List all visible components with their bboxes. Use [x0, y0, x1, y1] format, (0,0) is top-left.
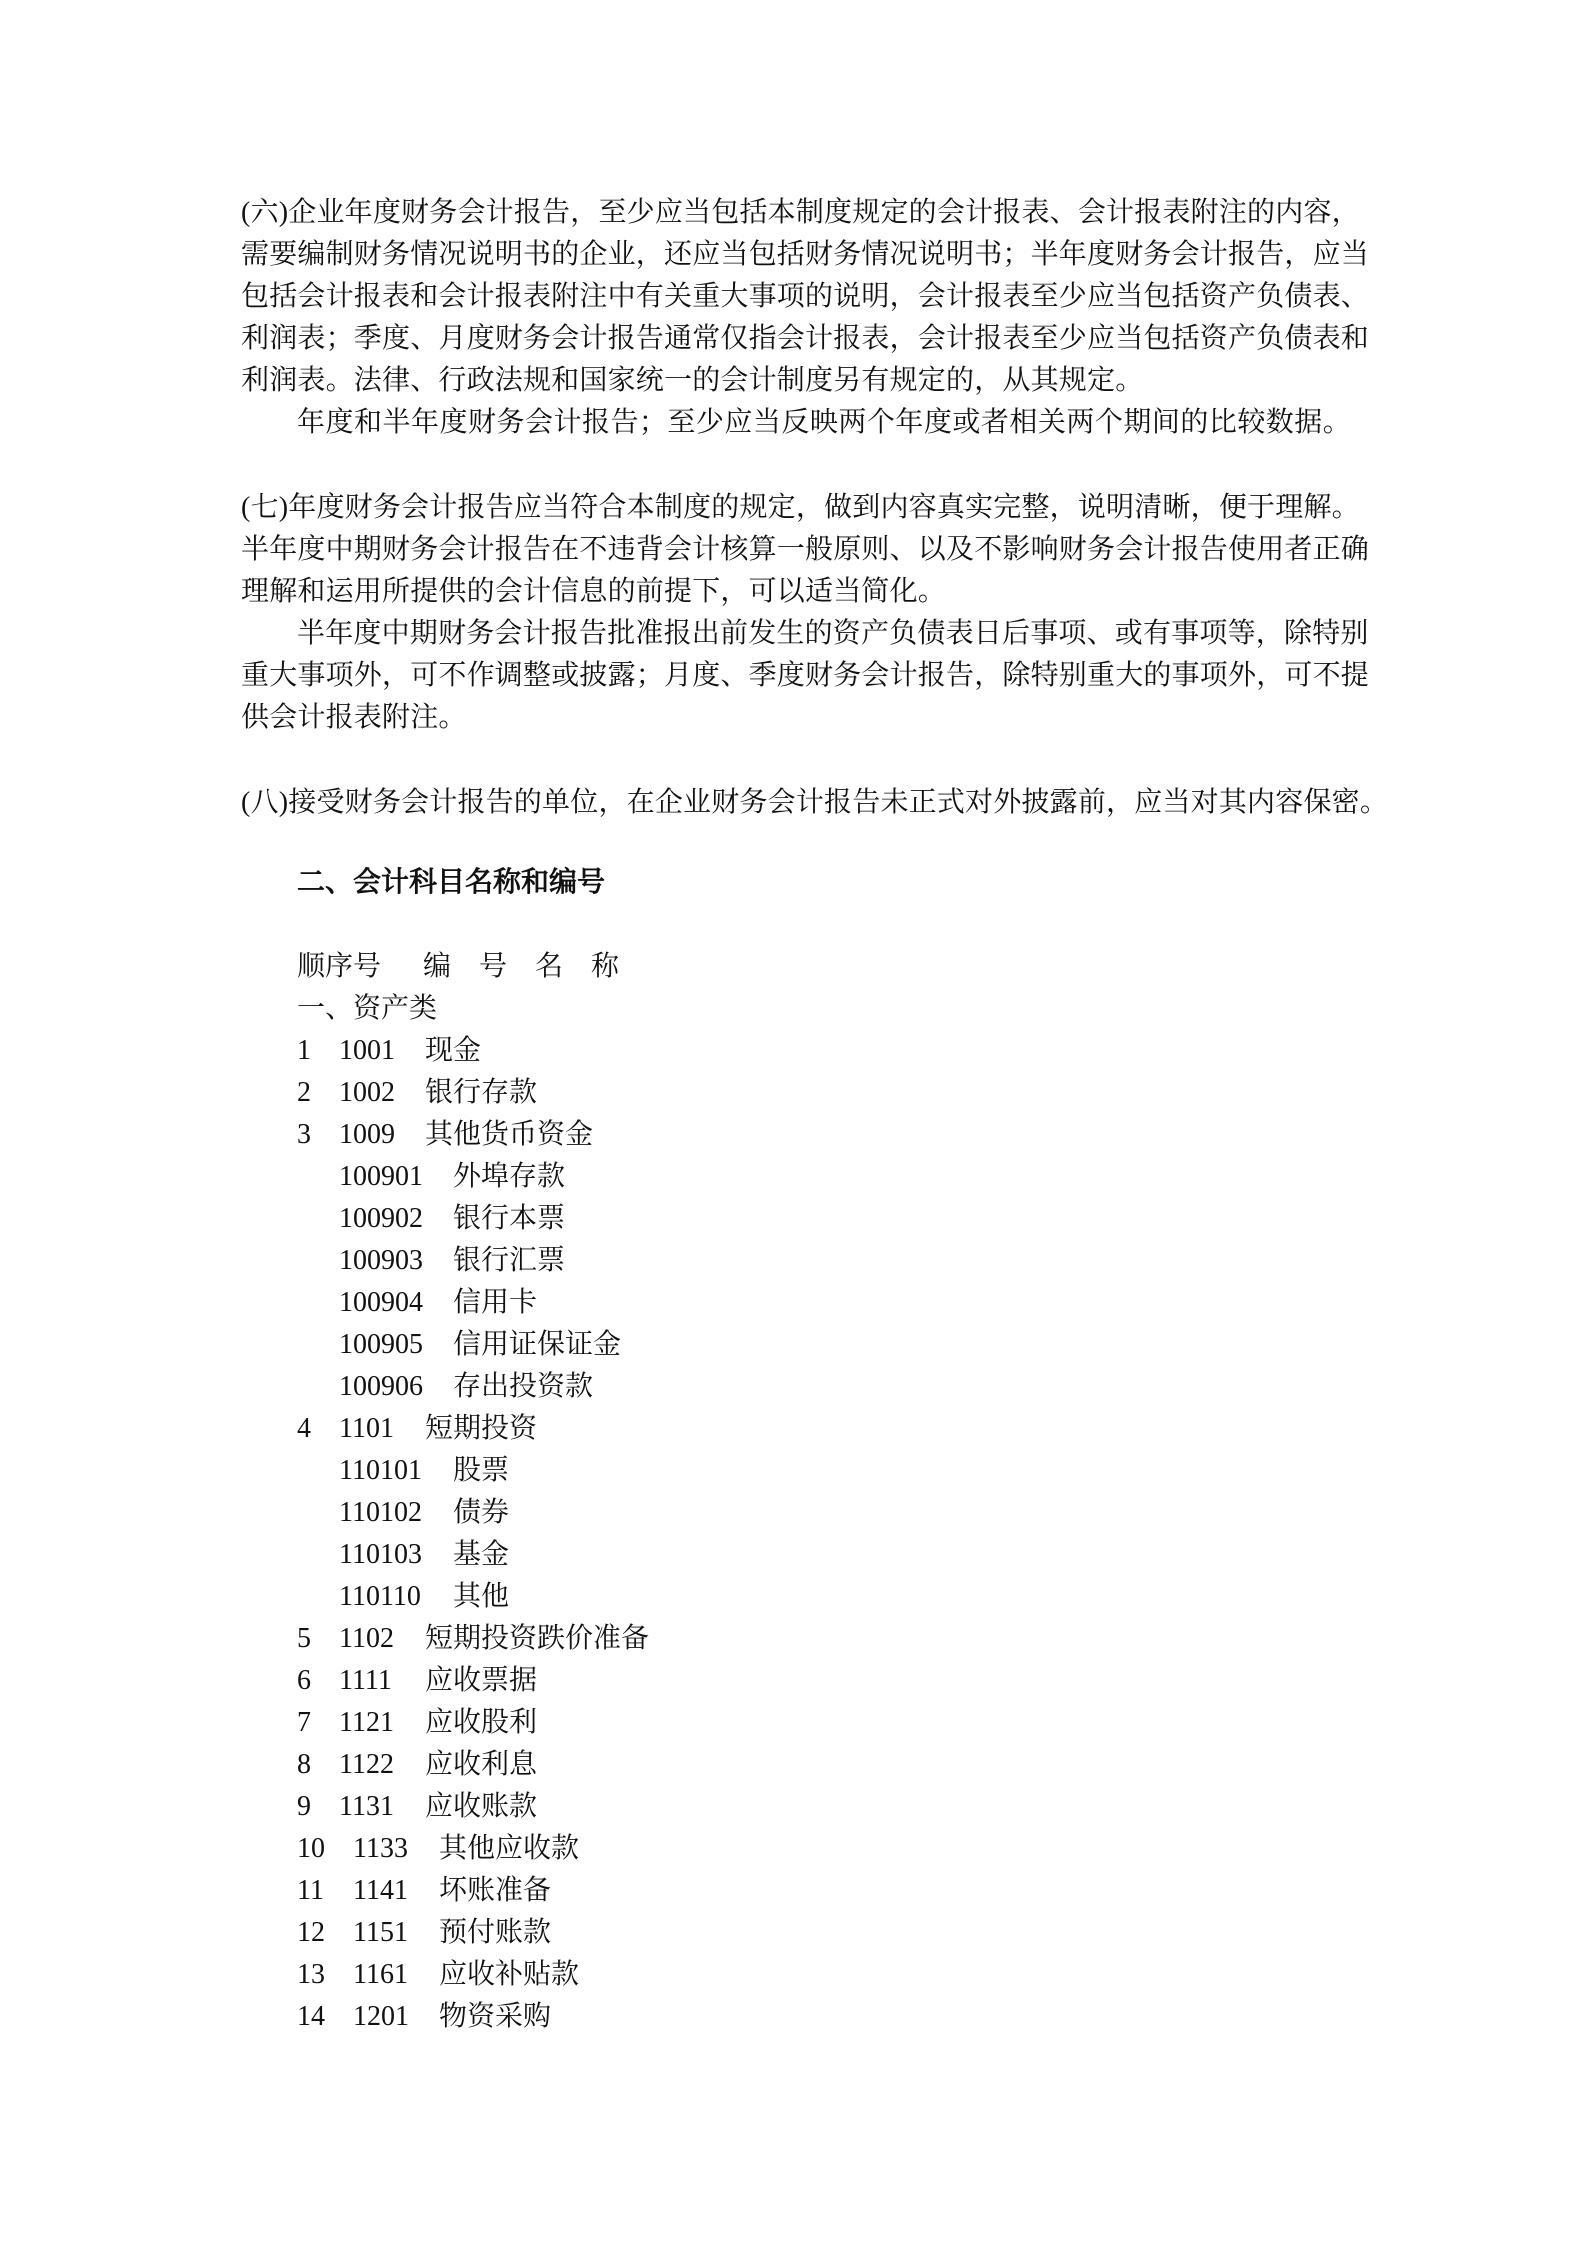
header-name-2: 称: [591, 946, 619, 988]
row-name: 信用证保证金: [453, 1324, 621, 1366]
row-name: 存出投资款: [453, 1366, 593, 1408]
row-name: 银行汇票: [453, 1240, 565, 1282]
section7-line-2: 半年度中期财务会计报告在不违背会计核算一般原则、以及不影响财务会计报告使用者正确: [241, 529, 1351, 571]
row-name: 信用卡: [453, 1282, 537, 1324]
row-name: 应收利息: [425, 1744, 537, 1786]
row-name: 债券: [453, 1492, 509, 1534]
row-code: 1111: [339, 1660, 425, 1702]
row-name: 预付账款: [439, 1912, 551, 1954]
section7-line-3: 理解和运用所提供的会计信息的前提下，可以适当简化。: [241, 571, 1351, 613]
table-subrow: 100905信用证保证金: [297, 1324, 621, 1366]
row-name: 短期投资跌价准备: [425, 1618, 649, 1660]
row-code: 110110: [339, 1576, 453, 1618]
table-row: 41101短期投资: [297, 1408, 537, 1450]
row-code: 1151: [353, 1912, 439, 1954]
section6-line-2: 需要编制财务情况说明书的企业，还应当包括财务情况说明书；半年度财务会计报告，应当: [241, 234, 1351, 276]
row-name: 应收账款: [425, 1786, 537, 1828]
header-seq: 顺序号: [297, 946, 423, 988]
row-seq: 2: [297, 1072, 339, 1114]
row-name: 应收补贴款: [439, 1954, 579, 1996]
section6-indented-paragraph: 年度和半年度财务会计报告；至少应当反映两个年度或者相关两个期间的比较数据。: [297, 402, 1351, 444]
row-seq: 8: [297, 1744, 339, 1786]
row-code: 1102: [339, 1618, 425, 1660]
table-row: 11001现金: [297, 1030, 481, 1072]
row-code: 1201: [353, 1996, 439, 2038]
table-subrow: 110110其他: [297, 1576, 509, 1618]
row-code: 1121: [339, 1702, 425, 1744]
row-code: 100906: [339, 1366, 453, 1408]
row-code: 1001: [339, 1030, 425, 1072]
row-code: 100905: [339, 1324, 453, 1366]
row-code: 1131: [339, 1786, 425, 1828]
table-row: 111141坏账准备: [297, 1870, 551, 1912]
row-name: 银行存款: [425, 1072, 537, 1114]
row-code: 1002: [339, 1072, 425, 1114]
row-seq: 3: [297, 1114, 339, 1156]
row-name: 外埠存款: [453, 1156, 565, 1198]
table-subrow: 100906存出投资款: [297, 1366, 593, 1408]
row-code: 110103: [339, 1534, 453, 1576]
table-row: 121151预付账款: [297, 1912, 551, 1954]
row-seq: 14: [297, 1996, 353, 2038]
document-page: (六)企业年度财务会计报告，至少应当包括本制度规定的会计报表、会计报表附注的内容…: [0, 0, 1587, 2245]
table-row: 31009其他货币资金: [297, 1114, 593, 1156]
row-code: 110101: [339, 1450, 453, 1492]
table-row: 71121应收股利: [297, 1702, 537, 1744]
row-code: 1133: [353, 1828, 439, 1870]
table-subrow: 100903银行汇票: [297, 1240, 565, 1282]
table-subrow: 110103基金: [297, 1534, 509, 1576]
table-subrow: 110101股票: [297, 1450, 509, 1492]
row-seq: 5: [297, 1618, 339, 1660]
section7-line-1: (七)年度财务会计报告应当符合本制度的规定，做到内容真实完整，说明清晰，便于理解…: [241, 487, 1351, 529]
row-name: 股票: [453, 1450, 509, 1492]
row-name: 其他货币资金: [425, 1114, 593, 1156]
row-seq: 11: [297, 1870, 353, 1912]
row-name: 短期投资: [425, 1408, 537, 1450]
table-header: 顺序号编号名称: [297, 946, 619, 988]
row-seq: 9: [297, 1786, 339, 1828]
row-seq: 7: [297, 1702, 339, 1744]
row-seq: 1: [297, 1030, 339, 1072]
row-code: 1141: [353, 1870, 439, 1912]
row-name: 其他: [453, 1576, 509, 1618]
section-heading: 二、会计科目名称和编号: [297, 862, 605, 904]
row-name: 应收股利: [425, 1702, 537, 1744]
row-code: 100902: [339, 1198, 453, 1240]
row-seq: 13: [297, 1954, 353, 1996]
table-row: 51102短期投资跌价准备: [297, 1618, 649, 1660]
category-label: 一、资产类: [297, 988, 437, 1030]
section6-line-4: 利润表；季度、月度财务会计报告通常仅指会计报表，会计报表至少应当包括资产负债表和: [241, 318, 1351, 360]
row-name: 基金: [453, 1534, 509, 1576]
table-row: 131161应收补贴款: [297, 1954, 579, 1996]
table-row: 101133其他应收款: [297, 1828, 579, 1870]
section7-indented-line-2: 重大事项外，可不作调整或披露；月度、季度财务会计报告，除特别重大的事项外，可不提: [241, 655, 1351, 697]
row-code: 100901: [339, 1156, 453, 1198]
section6-line-3: 包括会计报表和会计报表附注中有关重大事项的说明，会计报表至少应当包括资产负债表、: [241, 276, 1351, 318]
section8-text: (八)接受财务会计报告的单位，在企业财务会计报告未正式对外披露前，应当对其内容保…: [241, 782, 1351, 824]
table-subrow: 100904信用卡: [297, 1282, 537, 1324]
row-code: 110102: [339, 1492, 453, 1534]
row-name: 其他应收款: [439, 1828, 579, 1870]
table-row: 91131应收账款: [297, 1786, 537, 1828]
table-row: 81122应收利息: [297, 1744, 537, 1786]
row-name: 物资采购: [439, 1996, 551, 2038]
section7-indented-line-1: 半年度中期财务会计报告批准报出前发生的资产负债表日后事项、或有事项等，除特别: [297, 613, 1351, 655]
row-seq: 12: [297, 1912, 353, 1954]
row-seq: 6: [297, 1660, 339, 1702]
table-row: 21002银行存款: [297, 1072, 537, 1114]
row-code: 100903: [339, 1240, 453, 1282]
section7-indented-line-3: 供会计报表附注。: [241, 697, 1351, 739]
row-code: 1101: [339, 1408, 425, 1450]
row-seq: 4: [297, 1408, 339, 1450]
row-name: 应收票据: [425, 1660, 537, 1702]
table-row: 141201物资采购: [297, 1996, 551, 2038]
row-code: 100904: [339, 1282, 453, 1324]
table-subrow: 110102债券: [297, 1492, 509, 1534]
row-code: 1161: [353, 1954, 439, 1996]
row-name: 坏账准备: [439, 1870, 551, 1912]
header-name-1: 名: [535, 946, 591, 988]
row-code: 1122: [339, 1744, 425, 1786]
section6-line-1: (六)企业年度财务会计报告，至少应当包括本制度规定的会计报表、会计报表附注的内容…: [241, 192, 1351, 234]
header-code-2: 号: [479, 946, 535, 988]
row-name: 现金: [425, 1030, 481, 1072]
section6-line-5: 利润表。法律、行政法规和国家统一的会计制度另有规定的，从其规定。: [241, 360, 1351, 402]
row-name: 银行本票: [453, 1198, 565, 1240]
row-seq: 10: [297, 1828, 353, 1870]
row-code: 1009: [339, 1114, 425, 1156]
table-row: 61111应收票据: [297, 1660, 537, 1702]
table-subrow: 100902银行本票: [297, 1198, 565, 1240]
header-code-1: 编: [423, 946, 479, 988]
table-subrow: 100901外埠存款: [297, 1156, 565, 1198]
